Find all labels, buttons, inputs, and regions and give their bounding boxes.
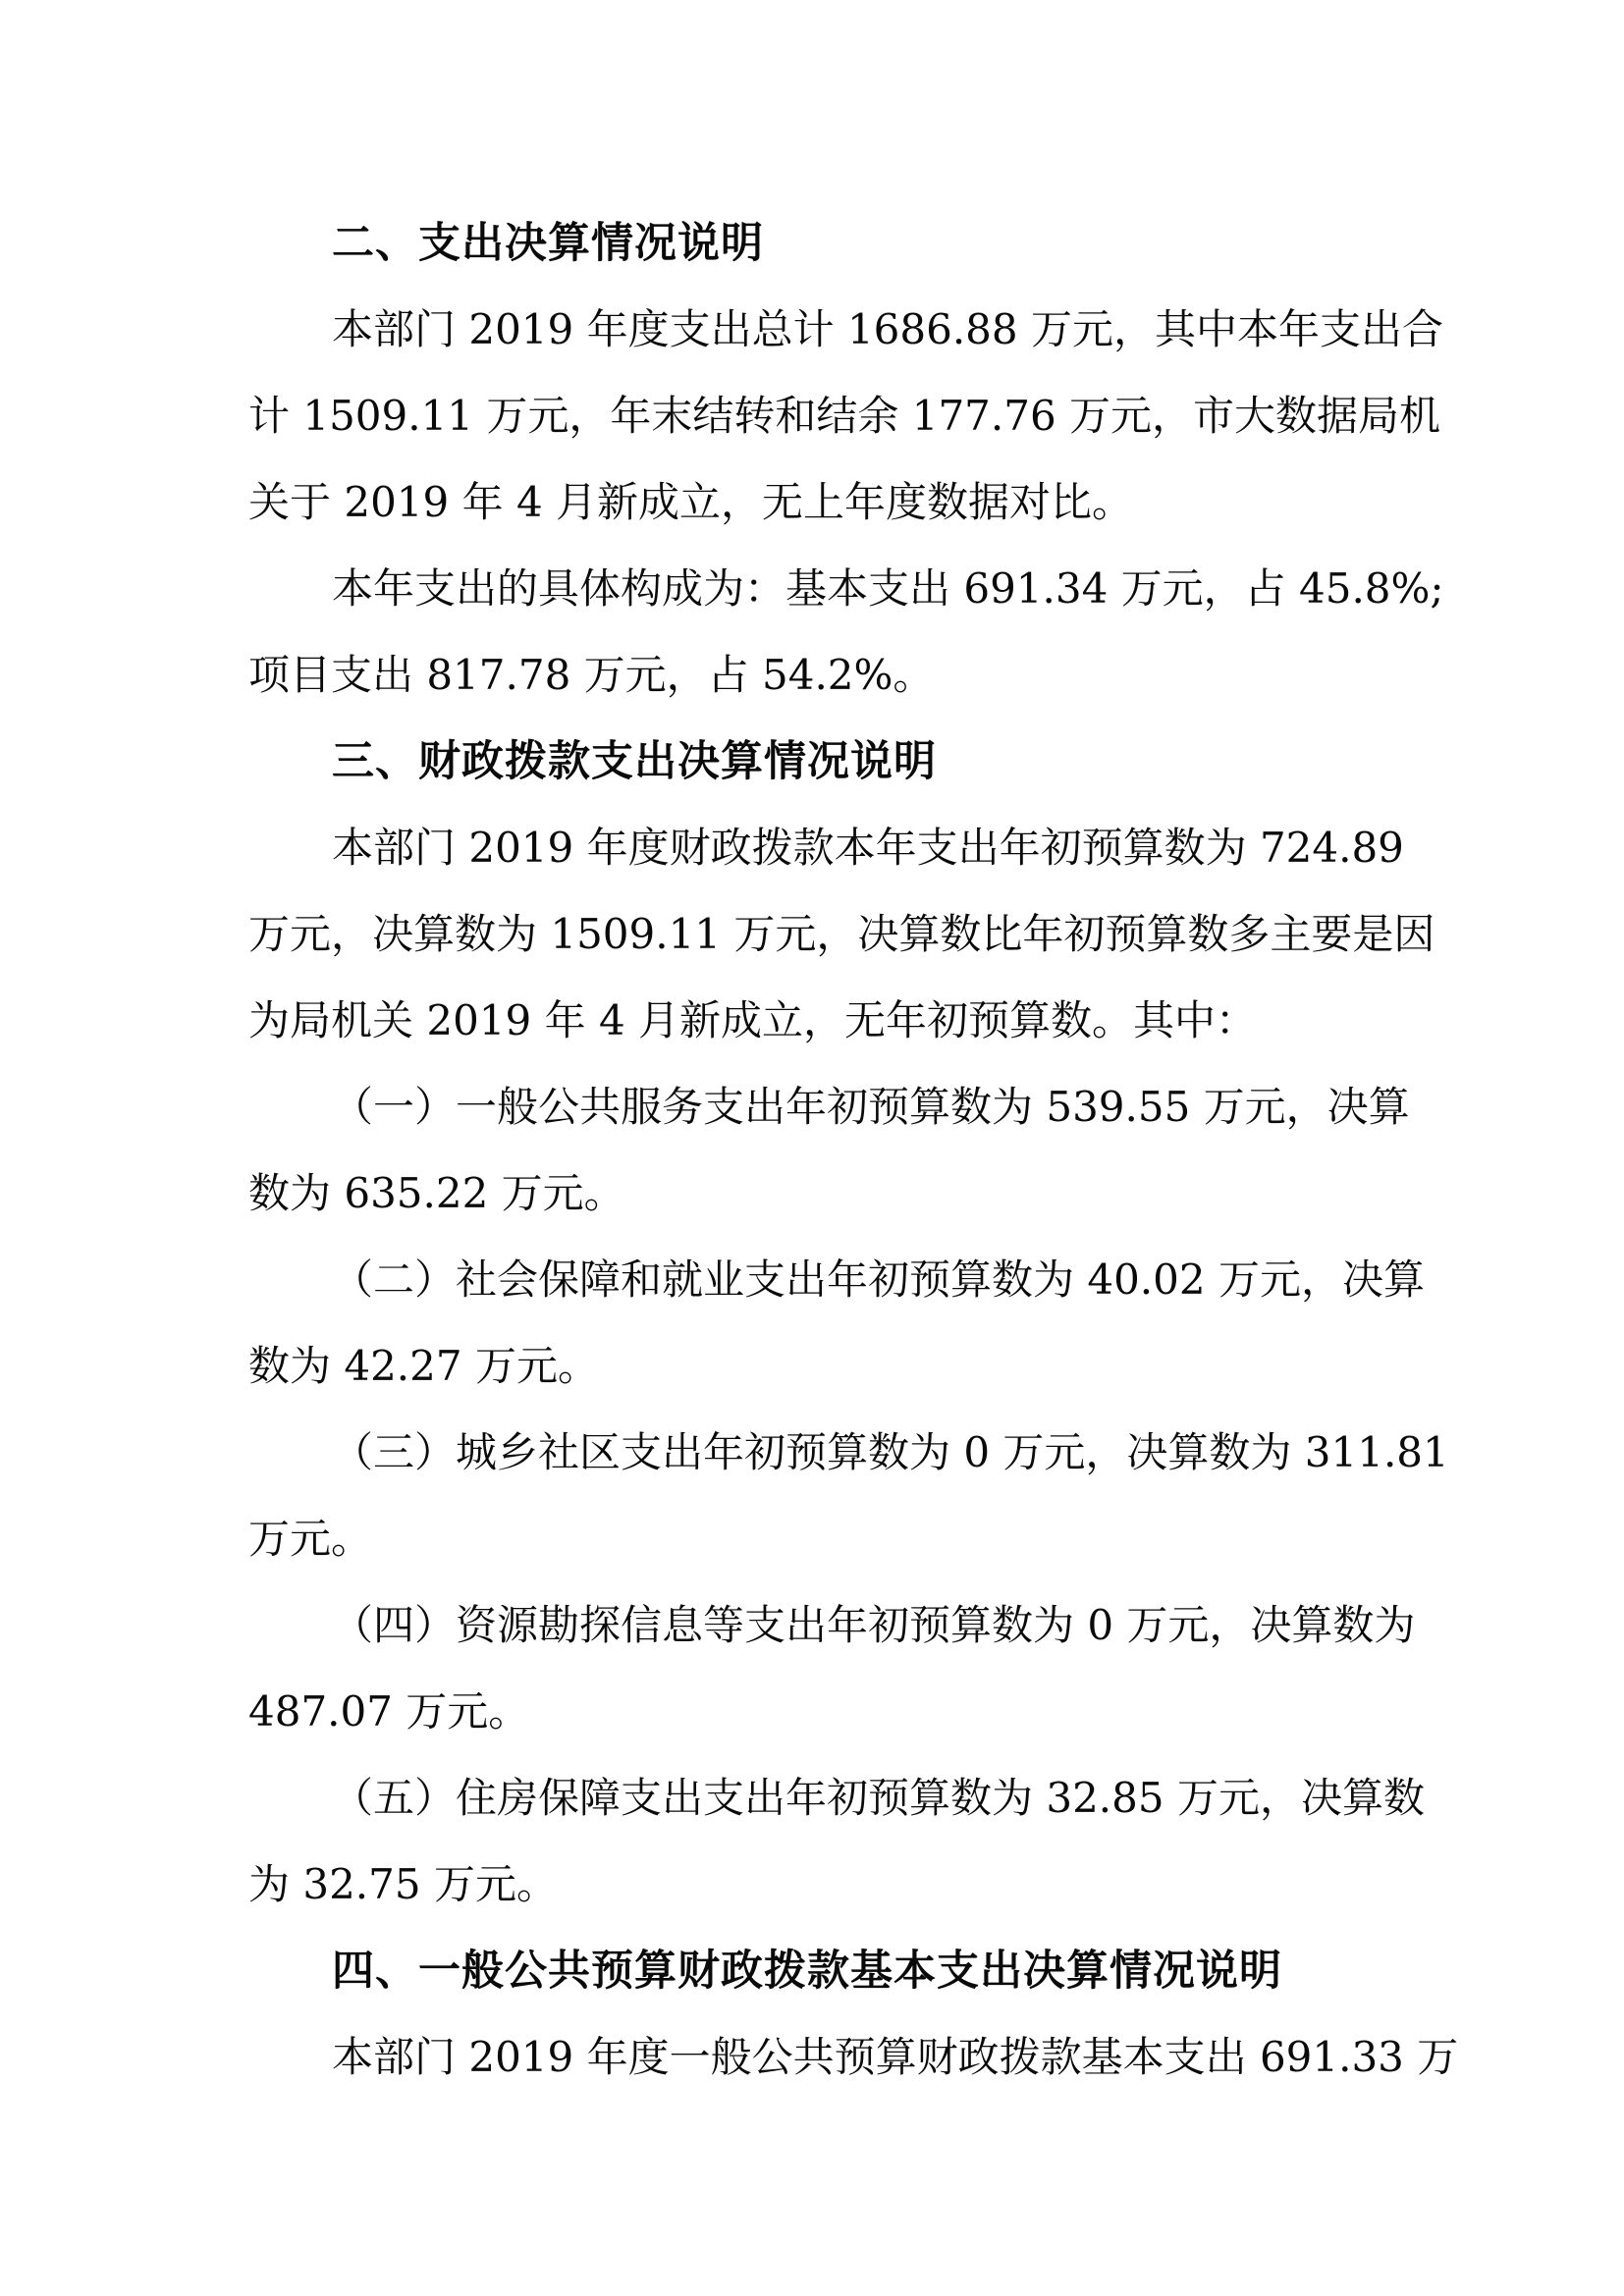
- text-line: 本部门 2019 年度一般公共预算财政拨款基本支出 691.33 万: [248, 2014, 1377, 2101]
- text-line: 为 32.75 万元。: [248, 1842, 1377, 1928]
- text-line: （四）资源勘探信息等支出年初预算数为 0 万元，决算数为: [248, 1582, 1377, 1669]
- text-line: 项目支出 817.78 万元，占 54.2%。: [248, 632, 1377, 719]
- text-line-content: 本年支出的具体构成为：基本支出 691.34 万元，占 45.8%;: [332, 564, 1444, 613]
- text-line: 计 1509.11 万元，年末结转和结余 177.76 万元，市大数据局机: [248, 373, 1377, 459]
- section-heading: 四、一般公共预算财政拨款基本支出决算情况说明: [248, 1928, 1377, 2014]
- paragraph: （四）资源勘探信息等支出年初预算数为 0 万元，决算数为 487.07 万元。: [248, 1582, 1377, 1755]
- paragraph: 本部门 2019 年度支出总计 1686.88 万元，其中本年支出合 计 150…: [248, 287, 1377, 546]
- text-line-content: 本部门 2019 年度支出总计 1686.88 万元，其中本年支出合: [332, 305, 1443, 353]
- text-line: 487.07 万元。: [248, 1669, 1377, 1755]
- text-line: （一）一般公共服务支出年初预算数为 539.55 万元，决算: [248, 1064, 1377, 1150]
- text-line-content: 本部门 2019 年度财政拨款本年支出年初预算数为 724.89: [332, 824, 1404, 872]
- text-line-content: 关于 2019 年 4 月新成立，无上年度数据对比。: [248, 478, 1133, 526]
- text-line-content: 本部门 2019 年度一般公共预算财政拨款基本支出 691.33 万: [332, 2033, 1458, 2081]
- text-line: 数为 635.22 万元。: [248, 1150, 1377, 1237]
- text-line-content: 487.07 万元。: [248, 1687, 529, 1735]
- paragraph: （一）一般公共服务支出年初预算数为 539.55 万元，决算 数为 635.22…: [248, 1064, 1377, 1237]
- text-line-content: 项目支出 817.78 万元，占 54.2%。: [248, 651, 934, 699]
- text-line-content: （二）社会保障和就业支出年初预算数为 40.02 万元，决算: [332, 1255, 1425, 1304]
- text-line: （三）城乡社区支出年初预算数为 0 万元，决算数为 311.81: [248, 1410, 1377, 1496]
- section: 三、财政拨款支出决算情况说明 本部门 2019 年度财政拨款本年支出年初预算数为…: [248, 719, 1377, 1928]
- text-line-content: 万元。: [248, 1515, 372, 1563]
- text-line-content: 数为 42.27 万元。: [248, 1342, 599, 1390]
- text-line-content: （四）资源勘探信息等支出年初预算数为 0 万元，决算数为: [332, 1601, 1415, 1649]
- paragraph: 本年支出的具体构成为：基本支出 691.34 万元，占 45.8%; 项目支出 …: [248, 546, 1377, 719]
- text-line: 关于 2019 年 4 月新成立，无上年度数据对比。: [248, 459, 1377, 546]
- text-line: 本年支出的具体构成为：基本支出 691.34 万元，占 45.8%;: [248, 546, 1377, 632]
- text-line-content: 万元，决算数为 1509.11 万元，决算数比年初预算数多主要是因: [248, 910, 1435, 958]
- section-heading-text: 二、支出决算情况说明: [332, 219, 764, 268]
- text-line: 为局机关 2019 年 4 月新成立，无年初预算数。其中：: [248, 978, 1377, 1064]
- section: 二、支出决算情况说明 本部门 2019 年度支出总计 1686.88 万元，其中…: [248, 200, 1377, 719]
- text-line-content: 为 32.75 万元。: [248, 1860, 558, 1908]
- text-line-content: （五）住房保障支出支出年初预算数为 32.85 万元，决算数: [332, 1774, 1425, 1822]
- text-line-content: 计 1509.11 万元，年末结转和结余 177.76 万元，市大数据局机: [248, 392, 1440, 440]
- text-line: （二）社会保障和就业支出年初预算数为 40.02 万元，决算: [248, 1237, 1377, 1323]
- text-line-content: 数为 635.22 万元。: [248, 1169, 625, 1217]
- section-heading: 三、财政拨款支出决算情况说明: [248, 719, 1377, 805]
- section: 四、一般公共预算财政拨款基本支出决算情况说明 本部门 2019 年度一般公共预算…: [248, 1928, 1377, 2101]
- section-heading: 二、支出决算情况说明: [248, 200, 1377, 287]
- document-page: 二、支出决算情况说明 本部门 2019 年度支出总计 1686.88 万元，其中…: [0, 0, 1624, 2296]
- document-body: 二、支出决算情况说明 本部门 2019 年度支出总计 1686.88 万元，其中…: [248, 200, 1377, 2101]
- paragraph: 本部门 2019 年度财政拨款本年支出年初预算数为 724.89 万元，决算数为…: [248, 805, 1377, 1064]
- section-heading-text: 四、一般公共预算财政拨款基本支出决算情况说明: [332, 1947, 1282, 1996]
- text-line-content: （一）一般公共服务支出年初预算数为 539.55 万元，决算: [332, 1083, 1410, 1131]
- paragraph: （三）城乡社区支出年初预算数为 0 万元，决算数为 311.81 万元。: [248, 1410, 1377, 1582]
- paragraph: （五）住房保障支出支出年初预算数为 32.85 万元，决算数 为 32.75 万…: [248, 1755, 1377, 1928]
- text-line-content: （三）城乡社区支出年初预算数为 0 万元，决算数为 311.81: [332, 1428, 1449, 1476]
- text-line-content: 为局机关 2019 年 4 月新成立，无年初预算数。其中：: [248, 996, 1257, 1044]
- text-line: 本部门 2019 年度财政拨款本年支出年初预算数为 724.89: [248, 805, 1377, 891]
- text-line: 万元。: [248, 1496, 1377, 1582]
- text-line: 本部门 2019 年度支出总计 1686.88 万元，其中本年支出合: [248, 287, 1377, 373]
- text-line: 万元，决算数为 1509.11 万元，决算数比年初预算数多主要是因: [248, 891, 1377, 978]
- paragraph: （二）社会保障和就业支出年初预算数为 40.02 万元，决算 数为 42.27 …: [248, 1237, 1377, 1410]
- paragraph: 本部门 2019 年度一般公共预算财政拨款基本支出 691.33 万: [248, 2014, 1377, 2101]
- section-heading-text: 三、财政拨款支出决算情况说明: [332, 737, 937, 786]
- text-line: 数为 42.27 万元。: [248, 1323, 1377, 1410]
- text-line: （五）住房保障支出支出年初预算数为 32.85 万元，决算数: [248, 1755, 1377, 1842]
